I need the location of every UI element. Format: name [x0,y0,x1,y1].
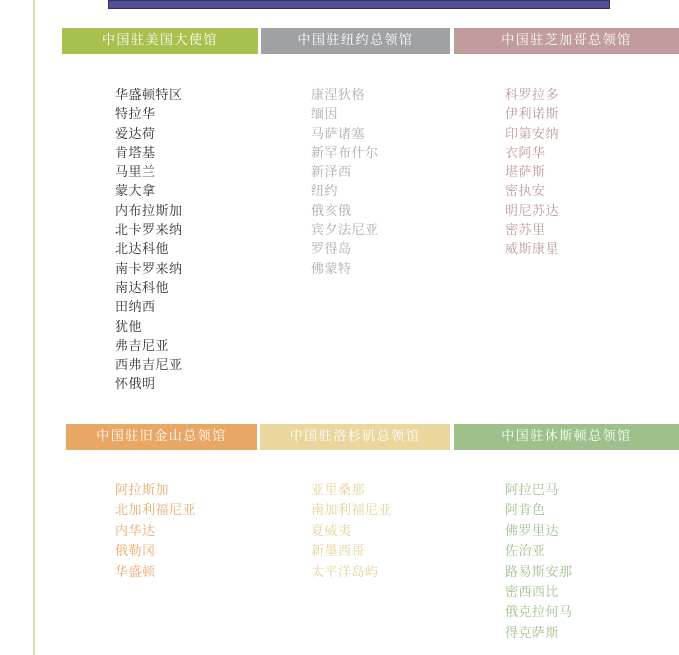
header-consulate-newyork[interactable]: 中国驻纽约总领馆 [261,28,450,54]
header-consulate-losangeles[interactable]: 中国驻洛杉矶总领馆 [260,424,450,450]
state-item[interactable]: 纽约 [311,182,379,201]
state-item[interactable]: 衣阿华 [505,144,559,163]
state-item[interactable]: 南达科他 [115,279,183,298]
state-list-newyork: 康涅狄格 缅因 马萨诸塞 新罕布什尔 新泽西 纽约 俄亥俄 宾夕法尼亚 罗得岛 … [311,86,379,279]
state-item[interactable]: 佐治亚 [505,542,573,562]
state-item[interactable]: 北卡罗来纳 [115,221,183,240]
state-item[interactable]: 阿拉斯加 [115,481,196,501]
state-item[interactable]: 西弗吉尼亚 [115,356,183,375]
state-item[interactable]: 肯塔基 [115,144,183,163]
state-item[interactable]: 特拉华 [115,105,183,124]
header-consulate-chicago[interactable]: 中国驻芝加哥总领馆 [454,28,679,54]
state-item[interactable]: 内布拉斯加 [115,202,183,221]
state-list-sanfrancisco: 阿拉斯加 北加利福尼亚 内华达 俄勒冈 华盛顿 [115,481,196,583]
state-item[interactable]: 南加利福尼亚 [311,501,392,521]
state-item[interactable]: 宾夕法尼亚 [311,221,379,240]
state-list-embassy-usa: 华盛顿特区 特拉华 爱达荷 肯塔基 马里兰 蒙大拿 内布拉斯加 北卡罗来纳 北达… [115,86,183,395]
state-item[interactable]: 印第安纳 [505,125,559,144]
state-item[interactable]: 犹他 [115,318,183,337]
state-item[interactable]: 田纳西 [115,298,183,317]
state-item[interactable]: 俄勒冈 [115,542,196,562]
state-item[interactable]: 密西西比 [505,583,573,603]
state-item[interactable]: 马里兰 [115,163,183,182]
left-border-line [33,0,35,655]
consulate-jurisdiction-page: 中国驻美国大使馆 中国驻纽约总领馆 中国驻芝加哥总领馆 华盛顿特区 特拉华 爱达… [0,0,679,655]
state-item[interactable]: 怀俄明 [115,375,183,394]
state-item[interactable]: 亚里桑那 [311,481,392,501]
state-item[interactable]: 密苏里 [505,221,559,240]
state-item[interactable]: 弗吉尼亚 [115,337,183,356]
state-item[interactable]: 新墨西哥 [311,542,392,562]
state-item[interactable]: 俄克拉何马 [505,603,573,623]
state-item[interactable]: 爱达荷 [115,125,183,144]
state-item[interactable]: 太平洋岛屿 [311,563,392,583]
state-item[interactable]: 路易斯安那 [505,563,573,583]
state-item[interactable]: 密执安 [505,182,559,201]
state-item[interactable]: 新泽西 [311,163,379,182]
state-item[interactable]: 缅因 [311,105,379,124]
state-item[interactable]: 科罗拉多 [505,86,559,105]
state-item[interactable]: 夏威夷 [311,522,392,542]
state-item[interactable]: 康涅狄格 [311,86,379,105]
state-item[interactable]: 内华达 [115,522,196,542]
state-item[interactable]: 佛蒙特 [311,260,379,279]
state-item[interactable]: 北达科他 [115,240,183,259]
header-consulate-sanfrancisco[interactable]: 中国驻旧金山总领馆 [66,424,257,450]
state-item[interactable]: 伊利诺斯 [505,105,559,124]
state-item[interactable]: 罗得岛 [311,240,379,259]
state-item[interactable]: 华盛顿 [115,563,196,583]
state-list-losangeles: 亚里桑那 南加利福尼亚 夏威夷 新墨西哥 太平洋岛屿 [311,481,392,583]
state-item[interactable]: 威斯康星 [505,240,559,259]
header-consulate-houston[interactable]: 中国驻休斯顿总领馆 [454,424,679,450]
state-list-chicago: 科罗拉多 伊利诺斯 印第安纳 衣阿华 堪萨斯 密执安 明尼苏达 密苏里 威斯康星 [505,86,559,260]
state-item[interactable]: 阿肯色 [505,501,573,521]
state-item[interactable]: 华盛顿特区 [115,86,183,105]
state-item[interactable]: 得克萨斯 [505,624,573,644]
state-item[interactable]: 马萨诸塞 [311,125,379,144]
top-nav-bar-remnant [108,0,610,9]
state-item[interactable]: 蒙大拿 [115,182,183,201]
state-item[interactable]: 明尼苏达 [505,202,559,221]
state-item[interactable]: 俄亥俄 [311,202,379,221]
state-item[interactable]: 堪萨斯 [505,163,559,182]
state-item[interactable]: 佛罗里达 [505,522,573,542]
state-item[interactable]: 阿拉巴马 [505,481,573,501]
header-embassy-usa[interactable]: 中国驻美国大使馆 [62,28,258,54]
state-list-houston: 阿拉巴马 阿肯色 佛罗里达 佐治亚 路易斯安那 密西西比 俄克拉何马 得克萨斯 [505,481,573,644]
state-item[interactable]: 北加利福尼亚 [115,501,196,521]
state-item[interactable]: 南卡罗来纳 [115,260,183,279]
state-item[interactable]: 新罕布什尔 [311,144,379,163]
